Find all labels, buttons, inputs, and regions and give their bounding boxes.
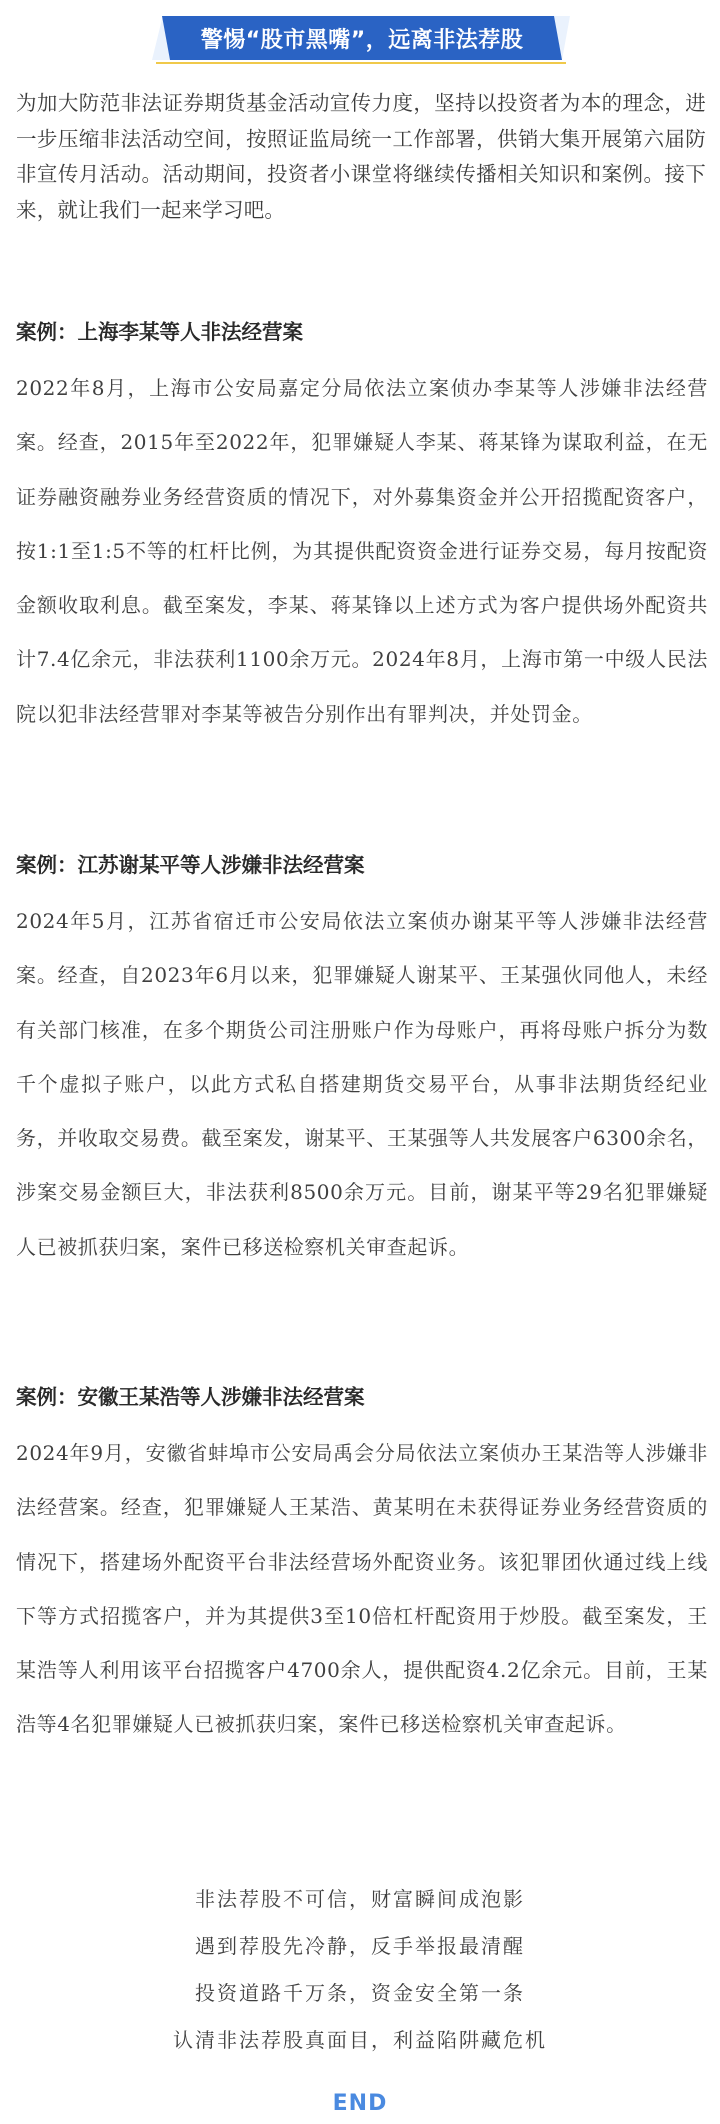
page-title: 警惕“股市黑嘴”，远离非法荐股 — [201, 23, 523, 54]
slogan-line: 认清非法荐股真面目，利益陷阱藏危机 — [0, 2017, 720, 2064]
slogan-line: 投资道路千万条，资金安全第一条 — [0, 1970, 720, 2017]
end-mark: END — [0, 2091, 720, 2116]
slogan-line: 遇到荐股先冷静，反手举报最清醒 — [0, 1923, 720, 1970]
case-heading-jiangsu: 案例：江苏谢某平等人涉嫌非法经营案 — [16, 850, 365, 880]
case-body-anhui: 2024年9月，安徽省蚌埠市公安局禹会分局依法立案侦办王某浩等人涉嫌非法经营案。… — [16, 1426, 708, 1752]
case-body-jiangsu: 2024年5月，江苏省宿迁市公安局依法立案侦办谢某平等人涉嫌非法经营案。经查，自… — [16, 894, 708, 1274]
intro-paragraph: 为加大防范非法证券期货基金活动宣传力度，坚持以投资者为本的理念，进一步压缩非法活… — [16, 86, 706, 228]
case-heading-shanghai: 案例：上海李某等人非法经营案 — [16, 317, 303, 347]
case-heading-anhui: 案例：安徽王某浩等人涉嫌非法经营案 — [16, 1382, 365, 1412]
banner-body: 警惕“股市黑嘴”，远离非法荐股 — [162, 16, 562, 60]
slogan-line: 非法荐股不可信，财富瞬间成泡影 — [0, 1876, 720, 1923]
slogan-block: 非法荐股不可信，财富瞬间成泡影 遇到荐股先冷静，反手举报最清醒 投资道路千万条，… — [0, 1876, 720, 2064]
banner-underline-divider — [156, 62, 566, 64]
title-banner: 警惕“股市黑嘴”，远离非法荐股 — [150, 14, 570, 66]
case-body-shanghai: 2022年8月，上海市公安局嘉定分局依法立案侦办李某等人涉嫌非法经营案。经查，2… — [16, 361, 708, 741]
